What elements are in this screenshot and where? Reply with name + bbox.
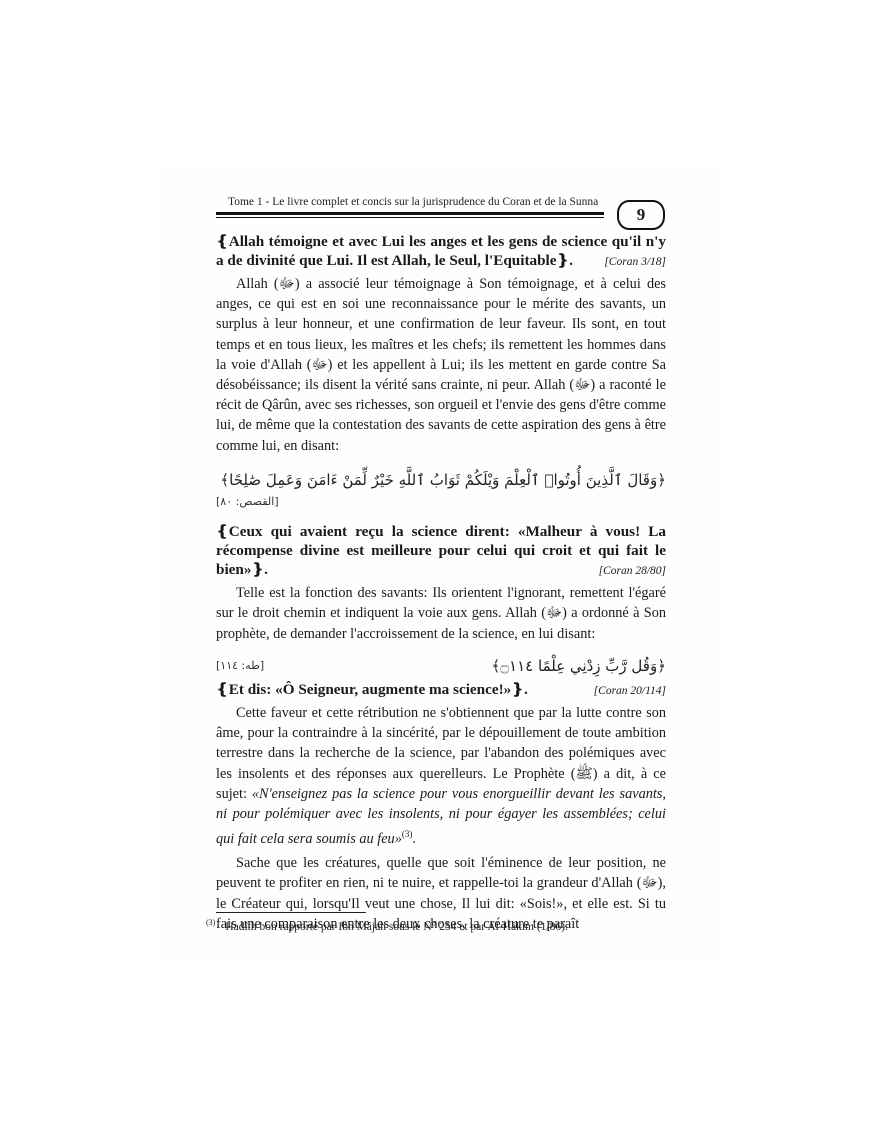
- paragraph: Telle est la fonction des savants: Ils o…: [216, 583, 666, 644]
- verse-reference: [Coran 20/114]: [594, 682, 666, 701]
- page-number: 9: [617, 200, 665, 230]
- verse-open-bracket: ❴: [216, 681, 229, 698]
- verse-reference: [Coran 28/80]: [599, 562, 666, 581]
- quran-verse-translation: ❴Allah témoigne et avec Lui les anges et…: [216, 232, 666, 270]
- running-header: Tome 1 - Le livre complet et concis sur …: [228, 196, 620, 208]
- hadith-quote: «N'enseignez pas la science pour vous en…: [216, 786, 666, 847]
- paragraph-end: .: [412, 831, 416, 847]
- quran-verse-translation: ❴Ceux qui avaient reçu la science dirent…: [216, 522, 666, 579]
- verse-open-bracket: ❴: [216, 523, 229, 540]
- arabic-verse-reference: [طه: ١١٤]: [216, 656, 264, 676]
- arabic-verse: ﴿وَقَالَ ٱلَّذِينَ أُوتُوا۟ ٱلْعِلْمَ وَ…: [216, 470, 666, 490]
- arabic-verse-reference: [القصص: ٨٠]: [216, 492, 666, 512]
- footnote: (3)Hadîth bon rapporté par Ibn Mâjah sou…: [206, 918, 568, 933]
- page-body: ❴Allah témoigne et avec Lui les anges et…: [216, 232, 666, 938]
- verse-open-bracket: ❴: [216, 233, 229, 250]
- footnote-rule: [216, 912, 366, 913]
- footnote-text: Hadîth bon rapporté par Ibn Mâjah sous l…: [225, 921, 568, 933]
- verse-close-bracket: ❵.: [511, 681, 528, 698]
- header-rule: [216, 212, 604, 215]
- paragraph: Allah (ﷻ) a associé leur témoignage à So…: [216, 274, 666, 456]
- paragraph: Cette faveur et cette rétribution ne s'o…: [216, 703, 666, 849]
- verse-text: Allah témoigne et avec Lui les anges et …: [216, 233, 666, 269]
- verse-text: Et dis: «Ô Seigneur, augmente ma science…: [229, 681, 512, 698]
- arabic-verse-line: [طه: ١١٤] ﴿وَقُل رَّبِّ زِدْنِي عِلْمًا …: [216, 656, 666, 676]
- arabic-verse: ﴿وَقُل رَّبِّ زِدْنِي عِلْمًا ۝١١٤﴾: [491, 656, 666, 676]
- header-rule-thin: [216, 217, 604, 218]
- footnote-mark: (3): [206, 918, 215, 927]
- verse-close-bracket: ❵.: [251, 561, 268, 578]
- footnote-reference[interactable]: (3): [402, 829, 413, 839]
- verse-close-bracket: ❵.: [557, 252, 574, 269]
- verse-reference: [Coran 3/18]: [604, 253, 666, 272]
- quran-verse-translation: ❴Et dis: «Ô Seigneur, augmente ma scienc…: [216, 680, 666, 699]
